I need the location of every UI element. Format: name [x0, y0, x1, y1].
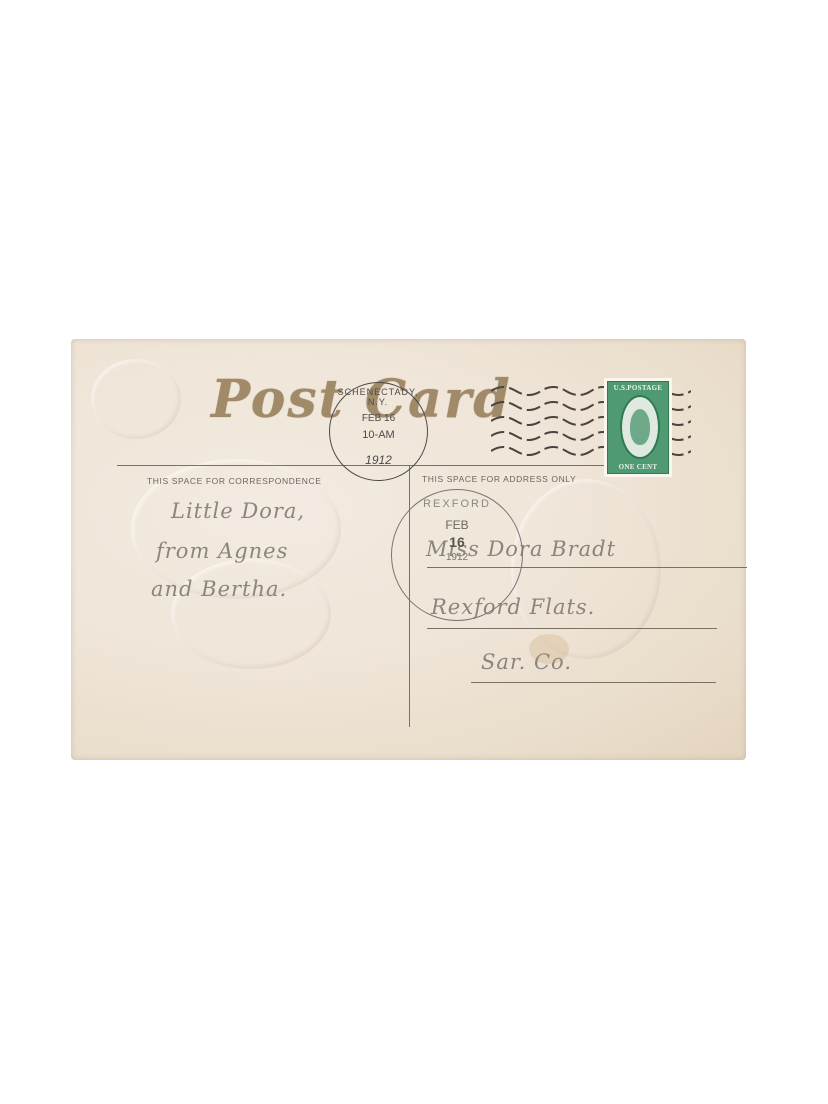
message-line: from Agnes [156, 539, 288, 563]
postmark-year: 1912 [330, 453, 427, 467]
correspondence-label: THIS SPACE FOR CORRESPONDENCE [147, 476, 322, 486]
postage-stamp: U.S.POSTAGE ONE CENT [604, 378, 672, 477]
receiving-postmark: REXFORD FEB 16 1912 [391, 489, 523, 621]
postmark-month: FEB [392, 518, 522, 532]
embossed-leaf [91, 359, 181, 439]
message-line: Little Dora, [171, 499, 305, 523]
embossed-flower [511, 479, 661, 659]
address-rule [427, 628, 717, 629]
embossed-flower [171, 559, 331, 669]
postmark-day: 16 [392, 534, 522, 550]
postmark-year: 1912 [392, 552, 522, 563]
message-line: and Bertha. [151, 577, 287, 601]
stamp-portrait [620, 395, 660, 459]
postmark-date: FEB 16 [330, 413, 427, 424]
postmark-time: 10-AM [330, 429, 427, 441]
portrait-icon [630, 409, 650, 445]
postmark-city: SCHENECTADY, N.Y. [336, 387, 420, 407]
address-rule [471, 682, 716, 683]
postmark-city: REXFORD [412, 498, 502, 510]
address-label: THIS SPACE FOR ADDRESS ONLY [422, 474, 576, 484]
stamp-bottom-text: ONE CENT [608, 463, 668, 471]
stain [529, 634, 569, 664]
stamp-top-text: U.S.POSTAGE [608, 384, 668, 392]
machine-postmark: SCHENECTADY, N.Y. FEB 16 10-AM 1912 [329, 382, 428, 481]
postcard: Post Card THIS SPACE FOR CORRESPONDENCE … [71, 339, 746, 760]
